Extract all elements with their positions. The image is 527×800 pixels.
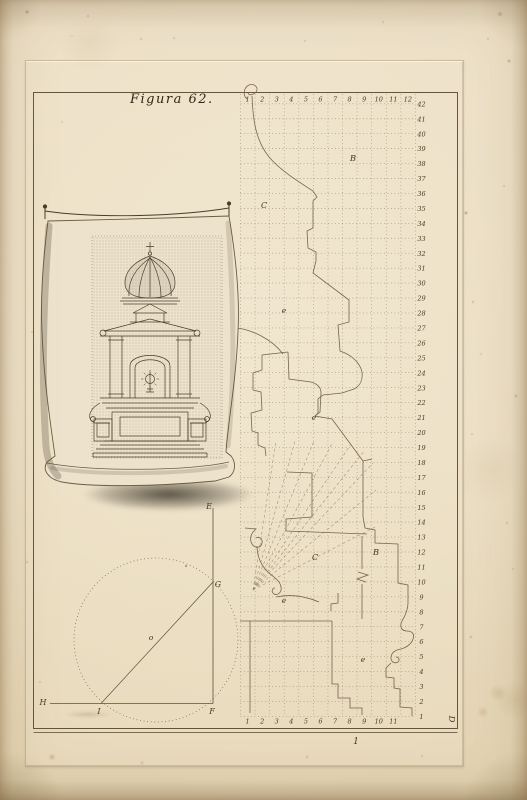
profile-label-C: C <box>312 553 318 562</box>
grid-number-bottom: 4 <box>288 718 293 726</box>
projection-rays <box>253 441 376 590</box>
grid-number-right: 27 <box>416 325 426 333</box>
grid-number-right: 38 <box>417 160 425 168</box>
grid-number-right: 20 <box>416 429 425 437</box>
pin-right <box>227 202 230 216</box>
grid-number-top: 3 <box>275 96 279 104</box>
projection-ray <box>253 442 333 590</box>
grid-number-bottom: 5 <box>304 718 308 726</box>
drape <box>41 202 238 486</box>
cord <box>45 208 229 216</box>
grid-number-top: 1 <box>246 96 250 104</box>
grid-number-right: 17 <box>417 474 426 482</box>
mid-tie <box>288 352 321 416</box>
profile-label-e: e <box>282 596 287 605</box>
projection-ray <box>253 450 365 590</box>
grid-number-right: 29 <box>416 295 425 303</box>
center-block <box>286 472 367 534</box>
grid-number-right: 39 <box>417 145 425 153</box>
scanned-page: 1234567891011121234567891011424140393837… <box>0 0 527 800</box>
diagram-label-o: o <box>149 633 154 642</box>
grid-number-right: 9 <box>419 593 423 601</box>
figure-title: Figura 62. <box>130 92 214 107</box>
grid-number-right: 37 <box>417 175 426 183</box>
console-volute <box>245 528 262 547</box>
grid-number-bottom: 3 <box>275 718 279 726</box>
grid-number-right: 24 <box>416 369 425 377</box>
profile-label-B: B <box>372 548 379 558</box>
grid-number-right: 6 <box>419 638 423 646</box>
grid-number-right: 28 <box>416 310 425 318</box>
grid-number-right: 16 <box>417 489 425 497</box>
broken-vertical <box>357 536 368 619</box>
grid-number-top: 7 <box>333 96 338 104</box>
diagram-label-E: E <box>205 502 212 511</box>
grid-number-bottom: 1 <box>246 718 250 726</box>
block-cap <box>363 459 372 461</box>
diagram-label-I: I <box>96 707 101 716</box>
grid-number-right: 4 <box>418 668 423 676</box>
grid-number-bottom: 6 <box>318 718 322 726</box>
grid-number-right: 42 <box>416 100 425 108</box>
grid-number-right: 41 <box>416 115 425 123</box>
grid-number-right: 10 <box>417 578 425 586</box>
grid-number-top: 6 <box>318 96 322 104</box>
grid-number-top: 12 <box>404 96 412 104</box>
proportional-grid <box>241 94 416 717</box>
molding-profiles <box>237 85 414 716</box>
grid-number-right: 36 <box>417 190 425 198</box>
projection-ray <box>253 490 376 590</box>
circle-diagram <box>50 508 238 722</box>
grid-number-right: 5 <box>419 653 423 661</box>
profile-label-C: C <box>261 201 267 210</box>
grid-number-top: 4 <box>288 96 293 104</box>
right-molding-upper <box>391 592 414 663</box>
diagram-label-F: F <box>208 707 215 716</box>
plate-number: 1 <box>353 737 359 747</box>
grid-number-right: 14 <box>417 519 425 527</box>
profile-label-e: e <box>312 413 317 422</box>
projection-ray <box>253 444 351 590</box>
grid-number-right: 33 <box>417 235 425 243</box>
grid-number-right: 11 <box>417 564 425 572</box>
diagram-label-H: H <box>39 698 48 707</box>
grid-number-top: 9 <box>362 96 366 104</box>
grid-number-right: 25 <box>416 354 425 362</box>
grid-number-top: 5 <box>304 96 308 104</box>
grid-number-top: 10 <box>375 96 383 104</box>
grid-number-top: 2 <box>259 96 264 104</box>
grid-number-right: 26 <box>416 339 425 347</box>
grid-number-right: 8 <box>419 608 423 616</box>
diagram-label-G: G <box>215 580 222 589</box>
left-arc <box>237 328 283 354</box>
main-contour <box>252 96 408 592</box>
pin-left <box>43 205 46 219</box>
diagonal-IG <box>101 582 213 704</box>
grid-number-right: 35 <box>417 205 425 213</box>
grid-number-bottom: 8 <box>348 718 352 726</box>
plan-outline <box>240 621 362 715</box>
grid-number-right: 40 <box>416 130 425 138</box>
grid-number-right: 31 <box>417 265 425 273</box>
plan-step <box>331 593 338 611</box>
grid-number-right: 18 <box>417 459 425 467</box>
grid-number-top: 8 <box>348 96 352 104</box>
grid-number-right: 15 <box>417 504 425 512</box>
grid-number-top: 11 <box>389 96 397 104</box>
grid-number-right: 1 <box>419 713 423 721</box>
grid-number-right: 12 <box>417 549 425 557</box>
engraving-artwork: 1234567891011121234567891011424140393837… <box>0 0 527 800</box>
grid-number-right: 34 <box>417 220 425 228</box>
projection-ray <box>253 463 373 590</box>
corner-letter-D: D <box>446 715 456 723</box>
grid-number-bottom: 9 <box>362 718 366 726</box>
projection-ray <box>253 441 314 590</box>
grid-number-right: 32 <box>417 250 425 258</box>
console-scroll <box>257 546 281 595</box>
grid-number-right: 7 <box>419 623 424 631</box>
grid-number-right: 3 <box>419 683 423 691</box>
grid-number-right: 2 <box>418 698 423 706</box>
grid-number-right: 13 <box>417 534 425 542</box>
grid-number-right: 21 <box>416 414 425 422</box>
grid-number-right: 23 <box>416 384 425 392</box>
profile-label-e: e <box>361 655 366 664</box>
profile-label-e: e <box>282 306 287 315</box>
grid-number-bottom: 10 <box>375 718 383 726</box>
grid-number-right: 19 <box>417 444 425 452</box>
grid-number-bottom: 2 <box>259 718 264 726</box>
grid-number-bottom: 7 <box>333 718 338 726</box>
grid-number-bottom: 11 <box>389 718 397 726</box>
profile-label-B: B <box>349 154 356 164</box>
right-molding-lower <box>386 663 412 716</box>
grid-number-right: 22 <box>416 399 425 407</box>
tangent-dot <box>185 565 187 567</box>
grid-number-right: 30 <box>417 280 425 288</box>
